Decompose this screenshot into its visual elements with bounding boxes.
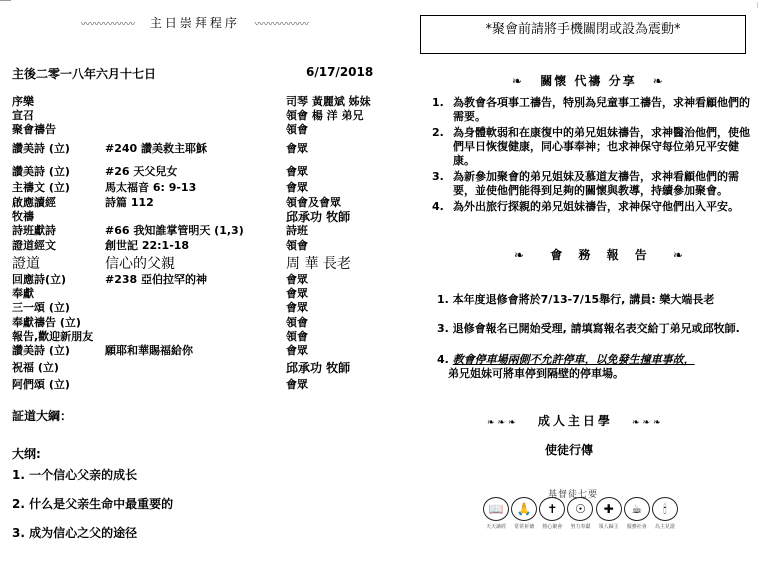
prayer-item: 1. 為教會各項事工禱告，特別為兒童事工禱告，求神看顧他們的需要。 [432,96,756,124]
sunday-school-heading: ❧❧❧ 成人主日學 ❧❧❧ [487,412,664,429]
service-icon: ☕ [624,497,650,521]
phone-notice-box: *聚會前請將手機關閉或設為震動* [420,15,746,54]
order-item: 詩班獻詩 [12,222,56,238]
sermon-outline-heading: 証道大綱： [12,407,72,424]
order-leader: 會眾 [286,140,308,156]
reading-bible-icon: 📖 [483,497,509,521]
order-row: 奉獻會眾 [12,285,372,299]
prayer-item-text: 為新參加聚會的弟兄姐妹及慕道友禱告，求神看顧他們的需要，並使他們能得到足夠的關懷… [453,170,739,197]
outline-subheading: 大纲: [12,445,41,462]
witness-icon: 🕯 [652,497,678,521]
order-leader: 周 華 長老 [286,253,351,273]
date-numeric: 6/17/2018 [306,65,373,79]
order-row: 啟應讀經詩篇 112領會及會眾 [12,194,372,208]
order-row: 聚會禱告領會 [12,121,372,135]
order-row: 讚美詩 (立)#26 天父兒女會眾 [12,163,372,177]
icon-caption: 努力奉獻 [567,523,593,530]
prayer-item-number: 4. [432,200,444,214]
order-content: 創世記 22:1-18 [105,237,189,253]
sunday-school-course: 使徒行傳 [545,441,593,458]
order-leader: 邱承功 牧師 [286,359,350,376]
prayer-item-number: 3. [432,170,444,184]
order-row: 牧禱邱承功 牧師 [12,208,372,222]
offering-icon: ☉ [567,497,593,521]
outline-item: 3. 成为信心之父的途径 [12,524,137,541]
order-item: 讚美詩 (立) [12,140,70,156]
order-row: 讚美詩 (立)#240 讚美救主耶穌會眾 [12,140,372,154]
order-leader: 詩班 [286,222,308,238]
date-chinese: 主後二零一八年六月十七日 [12,65,156,82]
order-content: #26 天父兒女 [105,163,177,179]
prayer-item: 2. 為身體軟弱和在康復中的弟兄姐妹禱告，求神醫治他們，使他們早日恢復健康，同心… [432,126,756,168]
order-row: 阿們頌 (立)會眾 [12,376,372,390]
order-item: 讚美詩 (立) [12,163,70,179]
order-item: 阿們頌 (立) [12,376,70,392]
prayer-section-heading: ❧ 關懷 代禱 分享 ❧ [512,72,665,89]
order-row: 三一頌 (立)會眾 [12,299,372,313]
order-leader: 會眾 [286,299,308,315]
ornament-icon: ❧❧❧ [632,418,664,428]
order-item: 主禱文 (立) [12,179,70,195]
order-item: 祝福 (立) [12,359,59,375]
prayer-item-text: 為身體軟弱和在康復中的弟兄姐妹禱告，求神醫治他們，使他們早日恢復健康，同心事奉神… [453,126,750,167]
order-content: 馬太福音 6: 9-13 [105,179,196,195]
outline-item: 1. 一个信心父亲的成长 [12,466,137,483]
order-content: #240 讚美救主耶穌 [105,140,207,156]
order-row: 證道經文創世記 22:1-18領會 [12,237,372,251]
ornament-icon: ❧ [512,74,524,88]
order-row: 奉獻禱告 (立)領會 [12,314,372,328]
icon-caption: 為主見證 [652,523,678,530]
order-item: 證道 [12,253,40,273]
order-content: #66 我知誰掌管明天 (1,3) [105,222,244,238]
announcement-item: 3. 退修會報名已開始受理, 請填寫報名表交給丁弟兄或邱牧師. [437,320,740,336]
seven-essentials-captions: 天天讀經 常常祈禱 熱心聚會 努力奉獻 領人歸主 服務社會 為主見證 [483,523,678,530]
icon-caption: 領人歸主 [596,523,622,530]
order-row: 回應詩(立)#238 亞伯拉罕的神會眾 [12,271,372,285]
icon-caption: 天天讀經 [483,523,509,530]
icon-caption: 常常祈禱 [511,523,537,530]
worship-order-title-text: 主日崇拜程序 [150,16,240,30]
ornament-icon: ❧ [653,74,665,88]
order-row: 讚美詩 (立)願耶和華賜福給你會眾 [12,342,372,356]
prayer-item: 4. 為外出旅行探親的弟兄姐妹禱告，求神保守他們出入平安。 [432,200,756,214]
icon-caption: 熱心聚會 [539,523,565,530]
order-item: 聚會禱告 [12,121,56,137]
ornament-left: 〰〰〰〰〰〰 [81,17,135,30]
announcements-title: 會 務 報 告 [550,248,653,262]
praying-icon: 🙏 [511,497,537,521]
prayer-list: 1. 為教會各項事工禱告，特別為兒童事工禱告，求神看顧他們的需要。 2. 為身體… [432,96,756,214]
seven-essentials-icons: 📖 🙏 ✝ ☉ ✚ ☕ 🕯 [483,497,678,521]
evangelism-icon: ✚ [596,497,622,521]
ornament-icon: ❧ [514,248,530,262]
order-item: 證道經文 [12,237,56,253]
prayer-item-text: 為外出旅行探親的弟兄姐妹禱告，求神保守他們出入平安。 [453,200,739,213]
ornament-right: 〰〰〰〰〰〰 [255,17,309,30]
order-row: 主禱文 (立)馬太福音 6: 9-13會眾 [12,179,372,193]
announcements-heading: ❧ 會 務 報 告 ❧ [514,246,689,263]
prayer-item: 3. 為新參加聚會的弟兄姐妹及慕道友禱告，求神看顧他們的需要，並使他們能得到足夠… [432,170,756,198]
worship-order-title: 〰〰〰〰〰〰 主日崇拜程序 〰〰〰〰〰〰 [81,14,309,31]
order-leader: 會眾 [286,376,308,392]
sunday-school-title: 成人主日學 [538,414,613,428]
page-corner-mark-right [757,2,758,8]
order-row: 報告,歡迎新朋友領會 [12,328,372,342]
ornament-icon: ❧❧❧ [487,418,519,428]
ornament-icon: ❧ [673,248,689,262]
announcement-item: 1. 本年度退修會將於7/13-7/15舉行, 講員: 樂大端長老 [437,291,714,307]
gathering-icon: ✝ [539,497,565,521]
order-row: 證道信心的父親周 華 長老 [12,253,372,270]
order-content: 願耶和華賜福給你 [105,342,193,358]
order-leader: 領會 [286,121,308,137]
order-row: 宣召領會 楊 洋 弟兄 [12,107,372,121]
order-leader: 會眾 [286,179,308,195]
prayer-section-title: 關懷 代禱 分享 [540,74,636,88]
order-item: 讚美詩 (立) [12,342,70,358]
order-item: 三一頌 (立) [12,299,70,315]
order-leader: 領會 [286,237,308,253]
icon-caption: 服務社會 [624,523,650,530]
order-content: 信心的父親 [105,253,175,273]
prayer-item-number: 2. [432,126,444,140]
order-row: 祝福 (立)邱承功 牧師 [12,359,372,373]
announcement-continuation: 弟兄姐妹可將車停到隔壁的停車場。 [448,365,624,381]
prayer-item-number: 1. [432,96,444,110]
prayer-item-text: 為教會各項事工禱告，特別為兒童事工禱告，求神看顧他們的需要。 [453,96,750,123]
page-corner-mark [0,0,11,1]
order-row: 詩班獻詩#66 我知誰掌管明天 (1,3)詩班 [12,222,372,236]
order-row: 序樂司琴 黃麗斌 姊妹 [12,93,372,107]
order-leader: 會眾 [286,342,308,358]
phone-notice-text: *聚會前請將手機關閉或設為震動* [421,18,745,37]
outline-item: 2. 什么是父亲生命中最重要的 [12,495,173,512]
order-leader: 會眾 [286,163,308,179]
